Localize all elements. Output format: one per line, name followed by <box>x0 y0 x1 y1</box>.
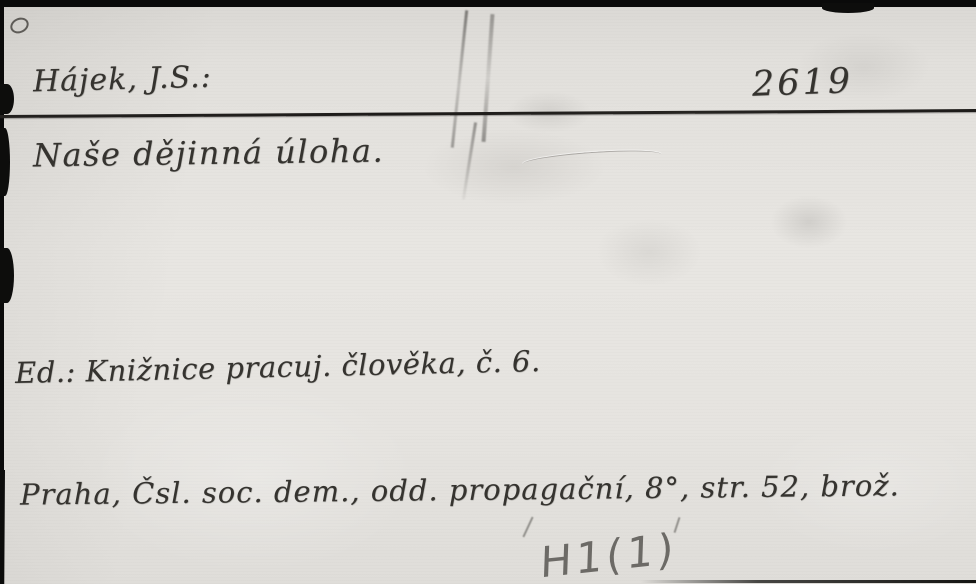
catalog-number: 2619 <box>751 61 853 105</box>
title-line: Naše dějinná úloha. <box>33 132 385 175</box>
scan-edge-line <box>640 580 976 583</box>
scan-edge-blot <box>0 248 14 303</box>
author-heading: Hájek, J.S.: <box>33 60 213 100</box>
catalog-card-scan: Hájek, J.S.: 2619 Naše dějinná úloha. Ed… <box>0 0 976 584</box>
scan-edge-blot <box>0 84 14 114</box>
scan-edge-blot <box>0 128 10 196</box>
scan-edge-blot <box>822 3 874 13</box>
scan-edge-fade <box>0 470 5 584</box>
